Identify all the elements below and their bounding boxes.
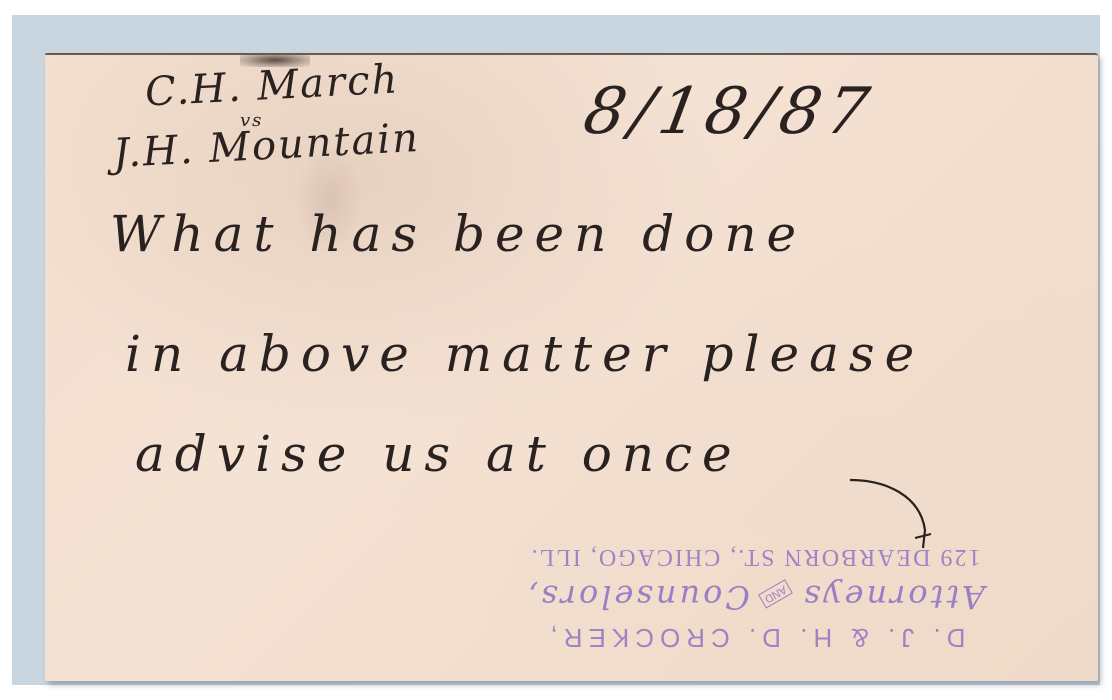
scan-background-mat: C.H. March vs J.H. Mountain 8/18/87 What… xyxy=(12,15,1100,685)
stamp-attorneys: Attorneys xyxy=(801,578,985,616)
handwritten-date: 8/18/87 xyxy=(578,75,880,149)
stamp-counselors: Counselors, xyxy=(525,578,750,616)
postal-card: C.H. March vs J.H. Mountain 8/18/87 What… xyxy=(45,53,1098,681)
case-party-1: C.H. March xyxy=(144,56,400,115)
stamp-profession: AttorneysANDCounselors, xyxy=(465,578,1045,616)
message-line-2: in above matter please xyxy=(125,325,924,383)
message-line-3: advise us at once xyxy=(135,425,742,483)
case-party-2: J.H. Mountain xyxy=(112,115,421,177)
stamp-and-emblem: AND xyxy=(758,580,793,609)
stamp-firm-name: D. J. & H. D. CROCKER, xyxy=(465,622,1045,653)
attorney-rubber-stamp: D. J. & H. D. CROCKER, AttorneysANDCouns… xyxy=(465,503,1045,653)
stamp-address: 129 DEARBORN ST., CHICAGO, ILL. xyxy=(465,543,1045,570)
message-line-1: What has been done xyxy=(110,205,806,263)
